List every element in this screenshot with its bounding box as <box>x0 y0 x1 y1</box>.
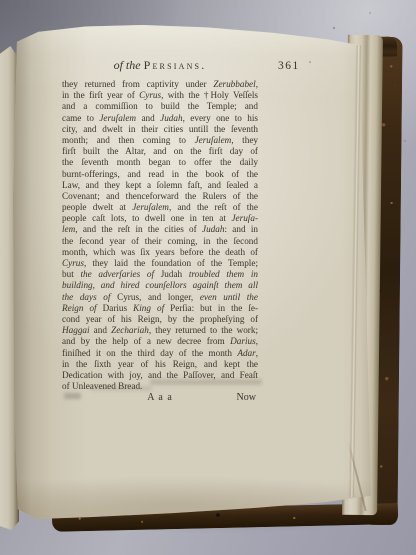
text-line: lem, and the reſt in the cities of Judah… <box>62 224 258 235</box>
running-header-title: Persians. <box>144 58 207 72</box>
text-line: firſt built the Altar, and on the firſt … <box>62 146 258 157</box>
running-header: of the Persians. <box>62 58 258 73</box>
text-line: building, and hired counſellors againſt … <box>62 280 258 291</box>
text-line: finiſhed it on the third day of the mont… <box>62 348 258 359</box>
text-line: they returned from captivity under Zerub… <box>62 79 258 90</box>
text-line: people dwelt at Jeruſalem, and the reſt … <box>62 202 258 213</box>
text-line: people caſt lots, to dwell one in ten at… <box>62 213 258 224</box>
text-line: but the adverſaries of Judah troubled th… <box>62 269 258 280</box>
book-photograph: of the Persians. 361 they returned from … <box>0 0 416 555</box>
showthrough-mark <box>64 393 81 399</box>
showthrough-mark <box>150 379 262 385</box>
text-line: the days of Cyrus, and longer, even unti… <box>62 292 258 303</box>
text-line: burnt-offerings, and read in the book of… <box>62 169 258 180</box>
running-header-row: of the Persians. 361 <box>62 58 308 75</box>
text-line: city, and dwelt in their cities untill t… <box>62 124 258 135</box>
dust-specks <box>0 0 2 2</box>
text-line: in the ſixth year of his Reign, and kept… <box>62 359 258 370</box>
text-line: and by the help of a new decree from Dar… <box>62 336 258 347</box>
text-line: came to Jeruſalem and Judah, every one t… <box>62 113 258 124</box>
text-line: and a commiſſion to build the Temple; an… <box>62 101 258 112</box>
printed-text-layer: of the Persians. 361 they returned from … <box>0 0 416 555</box>
text-line: in the firſt year of Cyrus, with the †Ho… <box>62 90 258 101</box>
text-line: the ſecond year of their coming, in the … <box>62 236 258 247</box>
text-line: month, which was ſix years before the de… <box>62 247 258 258</box>
footer-row: A a a Now <box>62 392 258 405</box>
running-header-prefix: of the <box>114 58 141 72</box>
text-line: Law, and they kept a ſolemn faſt, and ſe… <box>62 180 258 191</box>
text-line: cond year of his Reign, by the propheſyi… <box>62 314 258 325</box>
page-number: 361 <box>278 60 300 72</box>
body-text: they returned from captivity under Zerub… <box>62 79 258 392</box>
text-line: month; and then coming to Jeruſalem, the… <box>62 135 258 146</box>
text-line: Haggai and Zechariah, they returned to t… <box>62 325 258 336</box>
text-line: Reign of Darius King of Perſia: but in t… <box>62 303 258 314</box>
text-line: Covenant; and thenceforward the Rulers o… <box>62 191 258 202</box>
catchword: Now <box>237 392 256 403</box>
showthrough-mark <box>90 386 152 391</box>
signature-mark: A a a <box>62 392 258 403</box>
text-line: the ſeventh month began to offer the dai… <box>62 157 258 168</box>
text-line: Cyrus, they laid the foundation of the T… <box>62 258 258 269</box>
